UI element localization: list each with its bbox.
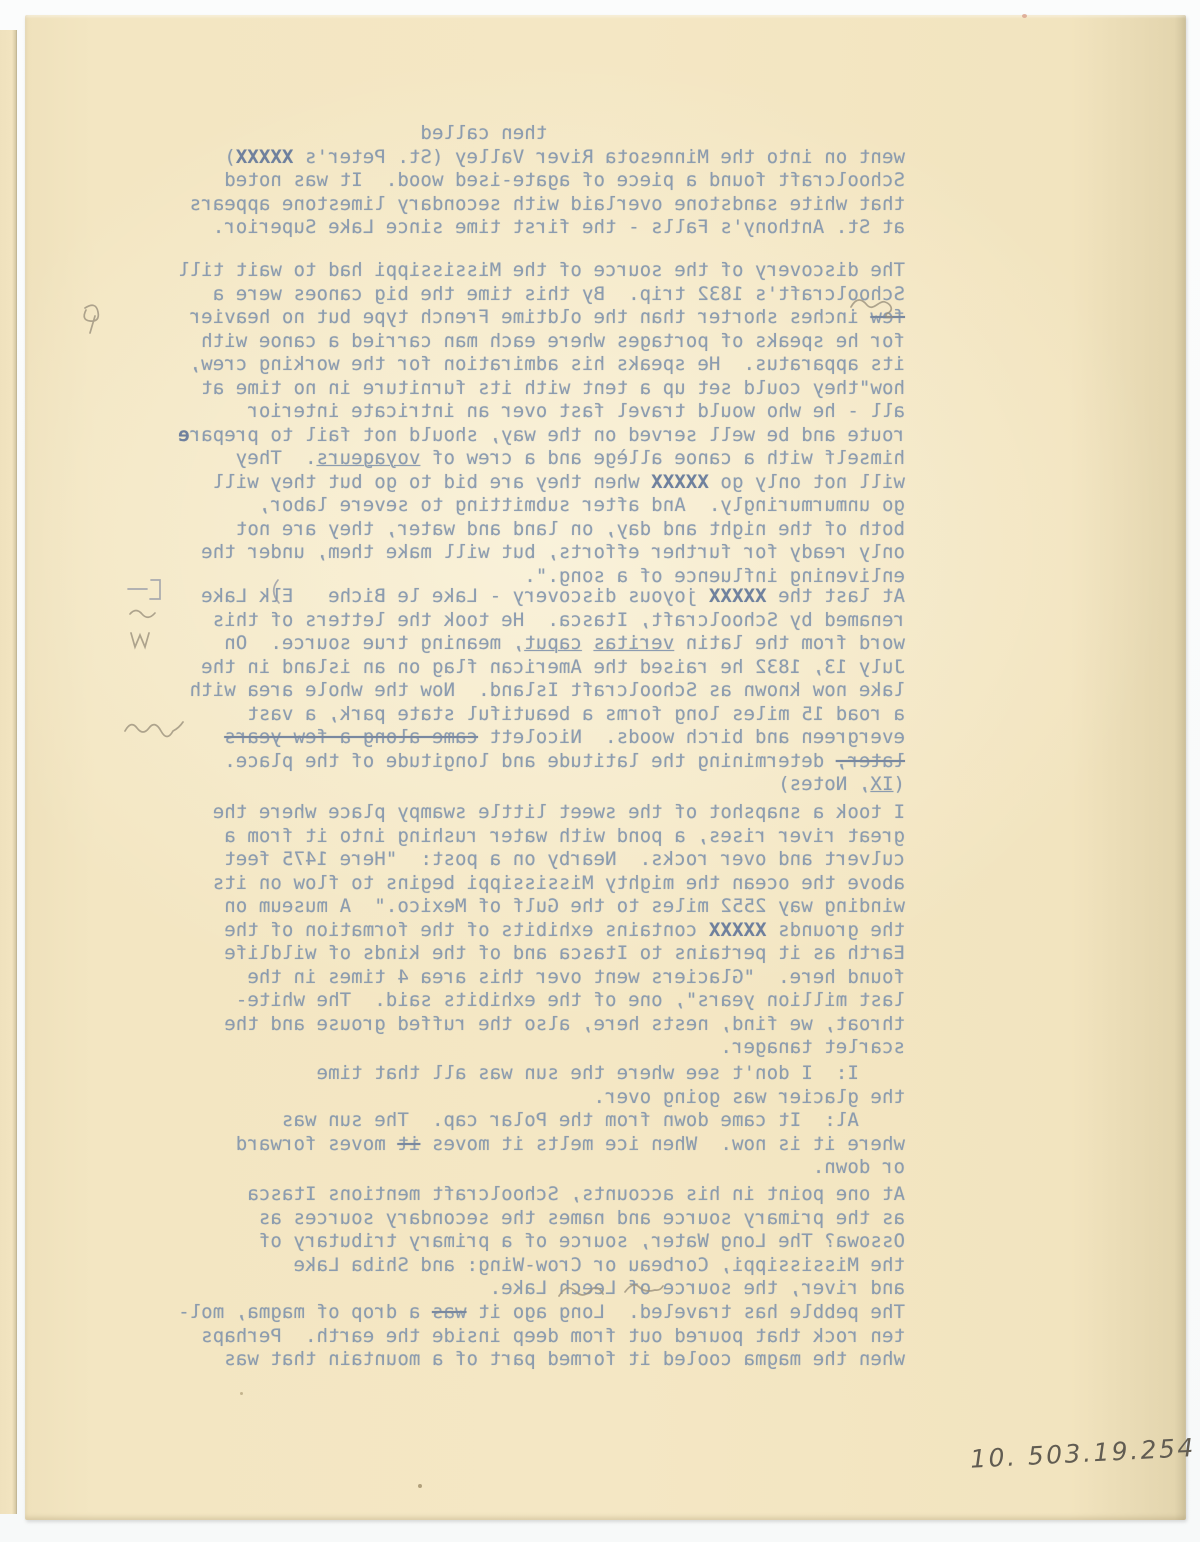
typescript-line: great river rises, a pond with water rus… [130,825,905,849]
typescript-line: route and be well served on the way, sho… [130,424,905,448]
typescript-line: and river, the source of Leech Lake. [130,1277,905,1301]
typescript-line: the grounds XXXXX contains exhibits of t… [130,919,905,943]
typed-over-text: e [178,424,190,446]
typescript-line: as the primary source and names the seco… [130,1207,905,1231]
underlined-text: caput [524,632,582,654]
typescript-line: when the magma cooled it formed part of … [130,1348,905,1372]
struck-text: later, [836,750,905,772]
typescript-line: scarlet tanager. [130,1036,905,1060]
typescript-line: that white sandstone overlaid with secon… [130,193,905,217]
typescript-line: the Mississippi, Corbeau or Crow-Wing: a… [130,1254,905,1278]
typescript-line: then called [130,122,905,146]
typescript-line: At last the XXXXX joyous discovery - Lak… [130,585,905,609]
typescript-line: later, determining the latitude and long… [130,750,905,774]
typescript-line: evergreen and birch woods. Nicolett came… [130,726,905,750]
pencil-mark-left-margin [84,305,98,333]
typed-over-text: XXXXX [709,919,767,941]
typescript-mirrored-text: then calledwent on into the Minnesota Ri… [130,15,905,1520]
typescript-line: few inches shorter than the oldtime Fren… [130,306,905,330]
typescript-block: At last the XXXXX joyous discovery - Lak… [130,585,905,797]
typescript-line: ten rock that poured out from deep insid… [130,1325,905,1349]
typescript-line: Earth as it pertains to Itasca and of th… [130,942,905,966]
typescript-line: only ready for further efforts, but will… [130,541,905,565]
typescript-line: himself with a canoe allège and a crew o… [130,447,905,471]
paper-speck [418,1484,422,1488]
underlined-text: veritas [593,632,674,654]
typescript-line: Schoolcraft's 1832 trip. By this time th… [130,283,905,307]
typescript-block: I took a snapshot of the sweet little sw… [130,801,905,1060]
typescript-line: lake now known as Schoolcraft Island. No… [130,679,905,703]
typescript-line: found here. "Glaciers went over this are… [130,966,905,990]
struck-text: it [397,1133,420,1155]
typescript-block: At one point in his accounts, Schoolcraf… [130,1183,905,1301]
typescript-line: (IX, Notes) [130,773,905,797]
typescript-line: both of the night and day, on land and w… [130,518,905,542]
typescript-line: above the ocean the mighty Mississippi b… [130,872,905,896]
underlying-page-edge [0,30,17,1514]
typescript-line: Al: It came down from the Polar cap. The… [130,1109,905,1133]
typescript-line: word from the latin veritas caput, meani… [130,632,905,656]
typescript-line: go unmurmuringly. And after submitting t… [130,494,905,518]
underlined-text: voyageurs [317,447,421,469]
struck-text: came along a few years [224,726,478,748]
typescript-line: The discovery of the source of the Missi… [130,259,905,283]
catalog-number-handwritten: 10. 503.19.254 [969,1433,1190,1473]
typescript-line: renamed by Schoolcraft, Itasca. He took … [130,609,905,633]
typescript-line: where it is now. When ice melts it moves… [130,1133,905,1157]
scan-speck [1022,14,1027,18]
typescript-line: culvert and over rocks. Nearby on a post… [130,848,905,872]
typescript-line: Ossowa? The Long Water, source of a prim… [130,1230,905,1254]
typescript-line: I: I don't see where the sun was all tha… [130,1062,905,1086]
typescript-line: I took a snapshot of the sweet little sw… [130,801,905,825]
typescript-line: July 13, 1832 he raised the American fla… [130,656,905,680]
typed-over-text: XXXXX [709,585,767,607]
struck-text: was [432,1301,467,1323]
typescript-block: I: I don't see where the sun was all tha… [130,1062,905,1180]
typescript-line: The pebble has traveled. Long ago it was… [130,1301,905,1325]
typescript-line: or down. [130,1156,905,1180]
typescript-line: winding way 2552 miles to the Gulf of Me… [130,895,905,919]
typescript-block: The discovery of the source of the Missi… [130,259,905,588]
typescript-line: at St. Anthony's Falls - the first time … [130,216,905,240]
typescript-line: for he speaks of portages where each man… [130,330,905,354]
typed-over-text: XXXXX [236,146,294,168]
typescript-line: the glacier was going over. [130,1086,905,1110]
typescript-line: its apparatus. He speaks his admiration … [130,353,905,377]
underlined-text: IX [870,773,893,795]
typescript-line: a road 15 miles long forms a beautiful s… [130,703,905,727]
document-page: then calledwent on into the Minnesota Ri… [25,15,1186,1520]
struck-text: few [870,306,905,328]
typescript-line: all - he who would travel fast over an i… [130,400,905,424]
typescript-line: At one point in his accounts, Schoolcraf… [130,1183,905,1207]
typescript-line: went on into the Minnesota River Valley … [130,146,905,170]
paper-speck [240,1392,243,1395]
typescript-line: throat, we find, nests here, also the ru… [130,1013,905,1037]
typescript-line: Schoolcraft found a piece of agate-ised … [130,169,905,193]
typed-over-text: XXXXX [651,471,709,493]
typescript-line: how"they could set up a tent with its fu… [130,377,905,401]
typescript-block: then calledwent on into the Minnesota Ri… [130,122,905,240]
typescript-block: The pebble has traveled. Long ago it was… [130,1301,905,1372]
typescript-line: will not only go XXXXX when they are bid… [130,471,905,495]
typescript-line: last million years", one of the exhibits… [130,989,905,1013]
